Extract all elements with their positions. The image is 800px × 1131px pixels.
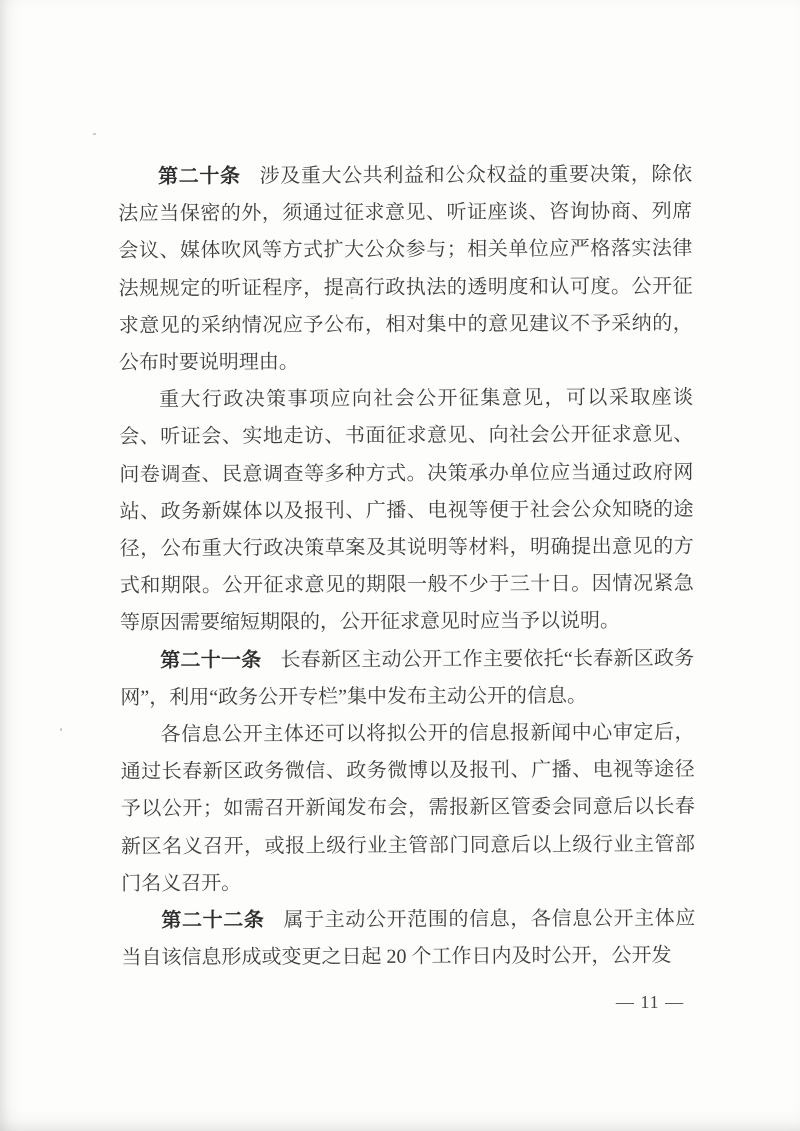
- article-21-number: 第二十一条: [160, 649, 261, 671]
- document-body: 第二十条涉及重大公共利益和公众权益的重要决策，除依法应当保密的外，须通过征求意见…: [118, 156, 696, 977]
- page-number: — 11 —: [600, 992, 700, 1013]
- article-20-number: 第二十条: [158, 165, 241, 187]
- paragraph-article-20: 第二十条涉及重大公共利益和公众权益的重要决策，除依法应当保密的外，须通过征求意见…: [118, 156, 693, 382]
- article-20-text: 涉及重大公共利益和公众权益的重要决策，除依法应当保密的外，须通过征求意见、听证座…: [118, 163, 693, 374]
- paragraph-publish-channels: 各信息公开主体还可以将拟公开的信息报新闻中心审定后，通过长春新区政务微信、政务微…: [120, 715, 695, 904]
- paragraph-text: 各信息公开主体还可以将拟公开的信息报新闻中心审定后，通过长春新区政务微信、政务微…: [121, 722, 695, 895]
- paragraph-text: 重大行政决策事项应向社会公开征集意见，可以采取座谈会、听证会、实地走访、书面征求…: [119, 387, 694, 635]
- scanned-document-page: 第二十条涉及重大公共利益和公众权益的重要决策，除依法应当保密的外，须通过征求意见…: [0, 0, 800, 1131]
- scan-speck: [60, 728, 62, 731]
- paragraph-article-21: 第二十一条长春新区主动公开工作主要依托“长春新区政务网”，利用“政务公开专栏”集…: [120, 640, 694, 717]
- article-22-number: 第二十二条: [161, 909, 264, 931]
- paragraph-decision-consultation: 重大行政决策事项应向社会公开征集意见，可以采取座谈会、听证会、实地走访、书面征求…: [119, 380, 694, 643]
- paragraph-article-22: 第二十二条属于主动公开范围的信息，各信息公开主体应当自该信息形成或变更之日起 2…: [121, 901, 695, 978]
- scan-speck: [93, 133, 96, 135]
